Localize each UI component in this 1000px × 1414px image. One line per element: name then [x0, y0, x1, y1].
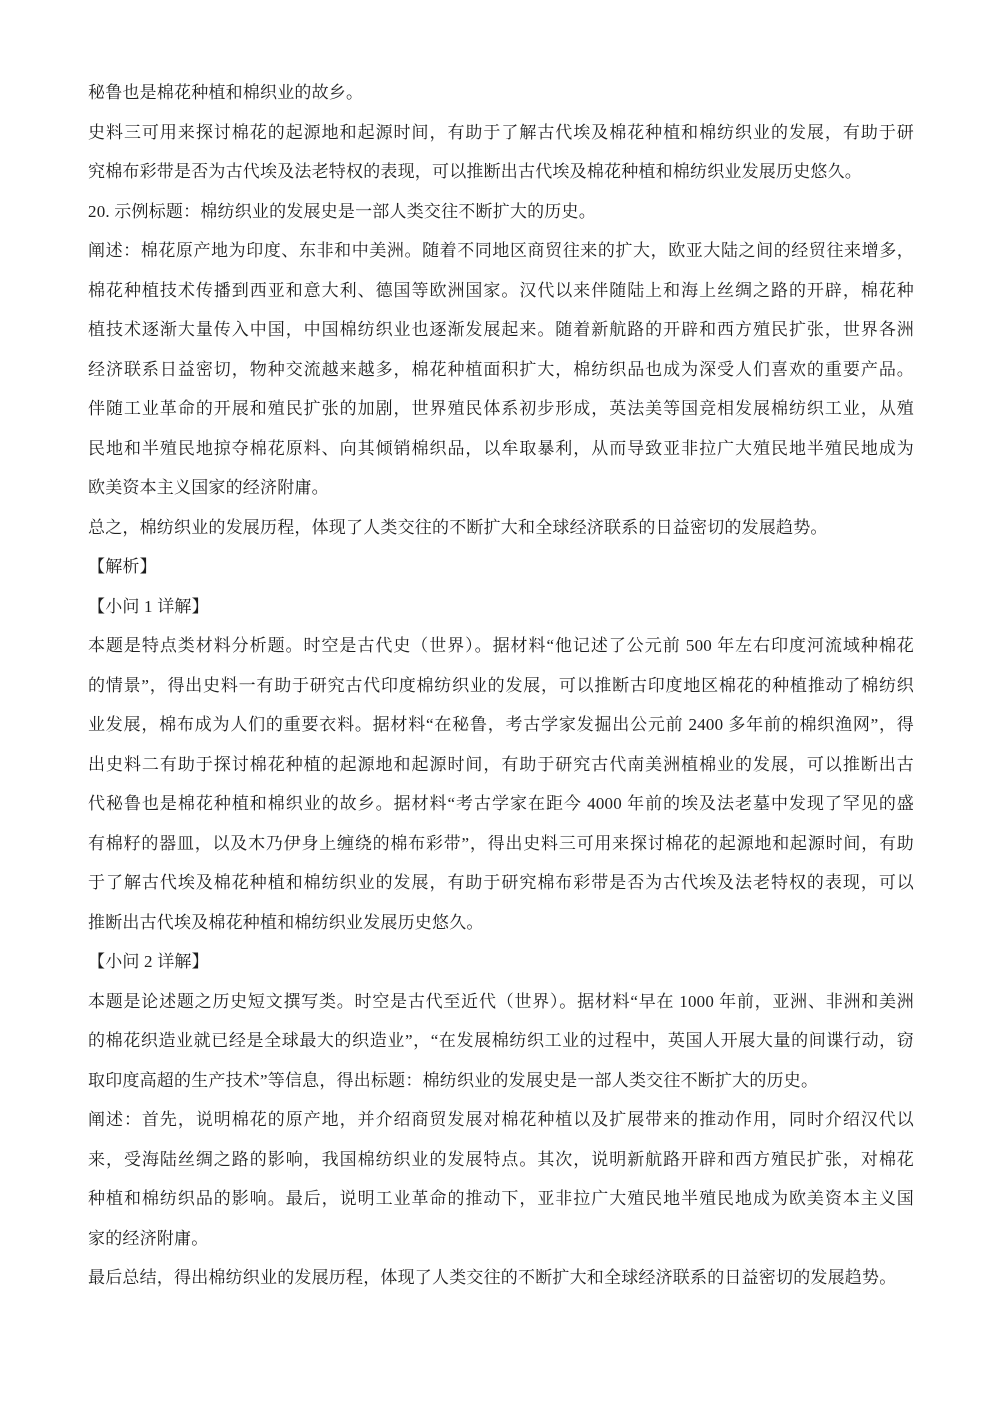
text-line: 本题是论述题之历史短文撰写类。时空是古代至近代（世界）。据材料“早在 1000 …	[88, 982, 914, 1022]
text-line: 总之，棉纺织业的发展历程，体现了人类交往的不断扩大和全球经济联系的日益密切的发展…	[88, 508, 914, 548]
text-line: 阐述：棉花原产地为印度、东非和中美洲。随着不同地区商贸往来的扩大，欧亚大陆之间的…	[88, 231, 914, 271]
paragraph-q19-material3-conclusion: 史料三可用来探讨棉花的起源地和起源时间，有助于了解古代埃及棉花种植和棉纺织业的发…	[88, 113, 914, 192]
paragraph-q19-material2-conclusion: 秘鲁也是棉花种植和棉织业的故乡。	[88, 73, 914, 113]
text-line: 欧美资本主义国家的经济附庸。	[88, 468, 914, 508]
text-line: 有棉籽的器皿，以及木乃伊身上缠绕的棉布彩带”，得出史料三可用来探讨棉花的起源地和…	[88, 824, 914, 864]
text-line: 秘鲁也是棉花种植和棉织业的故乡。	[88, 73, 914, 113]
paragraph-subquestion-1-analysis: 本题是特点类材料分析题。时空是古代史（世界）。据材料“他记述了公元前 500 年…	[88, 626, 914, 942]
document-page: 秘鲁也是棉花种植和棉织业的故乡。史料三可用来探讨棉花的起源地和起源时间，有助于了…	[0, 0, 1000, 1414]
text-line: 民地和半殖民地掠夺棉花原料、向其倾销棉织品，以牟取暴利，从而导致亚非拉广大殖民地…	[88, 429, 914, 469]
paragraph-analysis-header: 【解析】	[88, 547, 914, 587]
text-line: 本题是特点类材料分析题。时空是古代史（世界）。据材料“他记述了公元前 500 年…	[88, 626, 914, 666]
text-line: 的情景”，得出史料一有助于研究古代印度棉纺织业的发展，可以推断古印度地区棉花的种…	[88, 666, 914, 706]
paragraph-q20-summary: 总之，棉纺织业的发展历程，体现了人类交往的不断扩大和全球经济联系的日益密切的发展…	[88, 508, 914, 548]
text-line: 20. 示例标题：棉纺织业的发展史是一部人类交往不断扩大的历史。	[88, 192, 914, 232]
text-line: 究棉布彩带是否为古代埃及法老特权的表现，可以推断出古代埃及棉花种植和棉纺织业发展…	[88, 152, 914, 192]
text-line: 【解析】	[88, 547, 914, 587]
paragraph-subquestion-2-summary: 最后总结，得出棉纺织业的发展历程，体现了人类交往的不断扩大和全球经济联系的日益密…	[88, 1258, 914, 1298]
text-line: 阐述：首先，说明棉花的原产地，并介绍商贸发展对棉花种植以及扩展带来的推动作用，同…	[88, 1100, 914, 1140]
document-content: 秘鲁也是棉花种植和棉织业的故乡。史料三可用来探讨棉花的起源地和起源时间，有助于了…	[88, 73, 914, 1298]
text-line: 来，受海陆丝绸之路的影响，我国棉纺织业的发展特点。其次，说明新航路开辟和西方殖民…	[88, 1140, 914, 1180]
text-line: 出史料二有助于探讨棉花种植的起源地和起源时间，有助于研究古代南美洲植棉业的发展，…	[88, 745, 914, 785]
text-line: 的棉花织造业就已经是全球最大的织造业”，“在发展棉纺织工业的过程中，英国人开展大…	[88, 1021, 914, 1061]
text-line: 经济联系日益密切，物种交流越来越多，棉花种植面积扩大，棉纺织品也成为深受人们喜欢…	[88, 350, 914, 390]
text-line: 棉花种植技术传播到西亚和意大利、德国等欧洲国家。汉代以来伴随陆上和海上丝绸之路的…	[88, 271, 914, 311]
text-line: 于了解古代埃及棉花种植和棉纺织业的发展，有助于研究棉布彩带是否为古代埃及法老特权…	[88, 863, 914, 903]
text-line: 伴随工业革命的开展和殖民扩张的加剧，世界殖民体系初步形成，英法美等国竞相发展棉纺…	[88, 389, 914, 429]
text-line: 【小问 1 详解】	[88, 587, 914, 627]
text-line: 最后总结，得出棉纺织业的发展历程，体现了人类交往的不断扩大和全球经济联系的日益密…	[88, 1258, 914, 1298]
text-line: 种植和棉纺织品的影响。最后，说明工业革命的推动下，亚非拉广大殖民地半殖民地成为欧…	[88, 1179, 914, 1219]
text-line: 推断出古代埃及棉花种植和棉纺织业发展历史悠久。	[88, 903, 914, 943]
text-line: 代秘鲁也是棉花种植和棉织业的故乡。据材料“考古学家在距今 4000 年前的埃及法…	[88, 784, 914, 824]
text-line: 植技术逐渐大量传入中国，中国棉纺织业也逐渐发展起来。随着新航路的开辟和西方殖民扩…	[88, 310, 914, 350]
paragraph-q20-elaboration: 阐述：棉花原产地为印度、东非和中美洲。随着不同地区商贸往来的扩大，欧亚大陆之间的…	[88, 231, 914, 508]
text-line: 史料三可用来探讨棉花的起源地和起源时间，有助于了解古代埃及棉花种植和棉纺织业的发…	[88, 113, 914, 153]
paragraph-q20-sample-title: 20. 示例标题：棉纺织业的发展史是一部人类交往不断扩大的历史。	[88, 192, 914, 232]
paragraph-subquestion-2-analysis: 本题是论述题之历史短文撰写类。时空是古代至近代（世界）。据材料“早在 1000 …	[88, 982, 914, 1101]
text-line: 取印度高超的生产技术”等信息，得出标题：棉纺织业的发展史是一部人类交往不断扩大的…	[88, 1061, 914, 1101]
text-line: 业发展，棉布成为人们的重要衣料。据材料“在秘鲁，考古学家发掘出公元前 2400 …	[88, 705, 914, 745]
text-line: 【小问 2 详解】	[88, 942, 914, 982]
paragraph-subquestion-1-header: 【小问 1 详解】	[88, 587, 914, 627]
paragraph-subquestion-2-header: 【小问 2 详解】	[88, 942, 914, 982]
text-line: 家的经济附庸。	[88, 1219, 914, 1259]
paragraph-subquestion-2-elaboration: 阐述：首先，说明棉花的原产地，并介绍商贸发展对棉花种植以及扩展带来的推动作用，同…	[88, 1100, 914, 1258]
